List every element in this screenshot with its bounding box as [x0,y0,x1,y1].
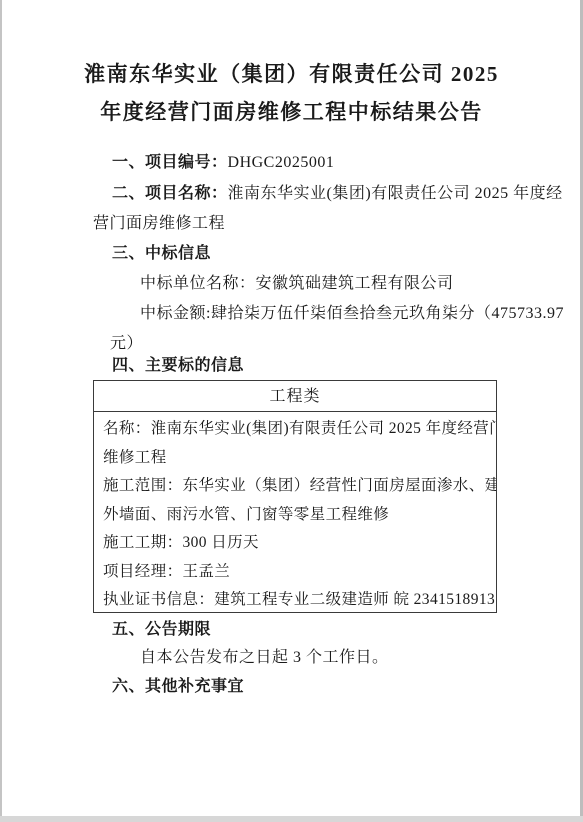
table-line-scope-1: 施工范围：东华实业（集团）经营性门面房屋面渗水、建筑物内 [94,472,496,501]
table-line-license: 执业证书信息：建筑工程专业二级建造师 皖 234151891357 [94,586,496,615]
table-line-manager: 项目经理：王孟兰 [94,558,496,587]
subject-info-table: 工程类 名称：淮南东华实业(集团)有限责任公司 2025 年度经营门面房 维修工… [93,380,497,613]
winner-label: 中标单位名称： [140,275,256,292]
table-header-project-type: 工程类 [94,381,496,412]
section-6-heading: 六、其他补充事宜 [112,678,244,696]
award-amount-line-2: 元） [110,335,143,353]
table-line-name-2: 维修工程 [94,444,496,473]
project-name-value-line-1: 淮南东华实业(集团)有限责任公司 2025 年度经 [228,185,563,202]
table-line-scope-2: 外墙面、雨污水管、门窗等零星工程维修 [94,501,496,530]
award-amount-line-1: 中标金额:肆拾柒万伍仟柒佰叁拾叁元玖角柒分（475733.97 [140,305,564,323]
section-5-heading: 五、公告期限 [112,621,211,639]
section-4-heading: 四、主要标的信息 [112,357,244,375]
winner-line: 中标单位名称：安徽筑础建筑工程有限公司 [140,275,454,293]
table-line-name-1: 名称：淮南东华实业(集团)有限责任公司 2025 年度经营门面房 [94,415,496,444]
section-2-heading: 二、项目名称： [112,185,228,202]
section-1-line: 一、项目编号：DHGC2025001 [112,154,334,172]
doc-title-line-1: 淮南东华实业（集团）有限责任公司 2025 [0,58,583,88]
table-line-duration: 施工工期：300 日历天 [94,529,496,558]
page-edge-bottom [0,816,583,822]
announcement-period-text: 自本公告发布之日起 3 个工作日。 [140,649,389,667]
page-edge-left [0,0,2,822]
doc-title-line-2: 年度经营门面房维修工程中标结果公告 [0,96,583,126]
project-number-value: DHGC2025001 [228,154,335,171]
winner-value: 安徽筑础建筑工程有限公司 [256,275,454,292]
project-name-value-line-2: 营门面房维修工程 [93,215,225,233]
section-1-heading: 一、项目编号： [112,154,228,171]
document-page: 淮南东华实业（集团）有限责任公司 2025 年度经营门面房维修工程中标结果公告 … [0,0,583,822]
section-3-heading: 三、中标信息 [112,245,211,263]
section-2-line-1: 二、项目名称：淮南东华实业(集团)有限责任公司 2025 年度经 [112,185,563,203]
table-body: 名称：淮南东华实业(集团)有限责任公司 2025 年度经营门面房 维修工程 施工… [94,412,496,615]
